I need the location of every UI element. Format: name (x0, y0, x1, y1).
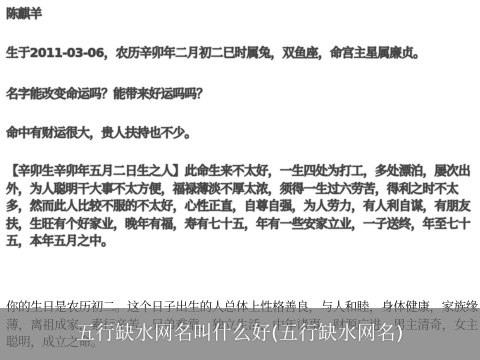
fortune-line: 命中有财运很大，贵人扶持也不少。 (6, 124, 196, 141)
document-page: 陈麒羊 生于2011-03-06，农历辛卯年二月初二巳时属兔，双鱼座，命宫主星属… (0, 0, 480, 360)
caption-title: 五行缺水网名叫什么好(五行缺水网名) (0, 318, 480, 345)
poem-paragraph: 【辛卯生辛卯年五月二日生之人】此命生来不太好，一生四处为打工，多处漂泊，屡次出外… (6, 162, 474, 250)
question-line: 名字能改变命运吗？能带来好运吗吗？ (6, 85, 208, 102)
birth-info-line: 生于2011-03-06，农历辛卯年二月初二巳时属兔，双鱼座，命宫主星属廉贞。 (6, 44, 425, 61)
name-heading: 陈麒羊 (6, 5, 42, 22)
